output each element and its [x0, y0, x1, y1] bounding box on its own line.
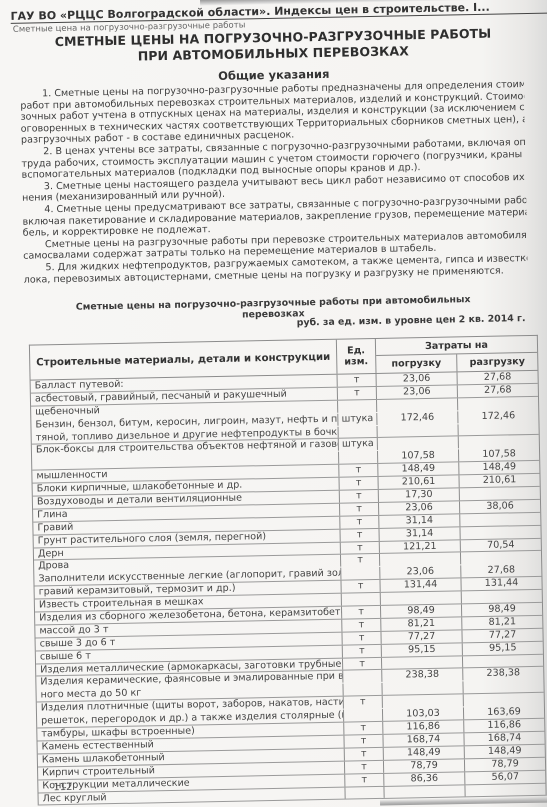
general-instructions-text: 1. Сметные цены на погрузочно-разгрузочн…: [20, 79, 528, 286]
row-loading-cost: 168,74: [383, 733, 464, 746]
row-loading-cost: [383, 695, 464, 708]
row-loading-cost: 86,36: [384, 772, 465, 785]
row-unit: т: [338, 374, 377, 387]
row-unit: т: [345, 761, 384, 774]
row-unloading-cost: 148,49: [465, 745, 545, 758]
row-unloading-cost: 27,68: [458, 384, 538, 397]
page-number: 112: [53, 782, 72, 793]
row-unloading-cost: 172,46: [458, 410, 538, 423]
row-loading-cost: [384, 785, 465, 798]
row-loading-cost: 77,27: [381, 630, 462, 643]
row-unloading-cost: [460, 487, 540, 500]
row-loading-cost: 131,44: [380, 579, 461, 592]
row-loading-cost: [378, 424, 459, 437]
row-unit: т: [341, 580, 380, 593]
row-unit: [343, 670, 382, 683]
row-unit: т: [344, 696, 383, 709]
column-header-unit-line-1: Ед.: [347, 345, 365, 356]
row-loading-cost: [382, 656, 463, 669]
row-loading-cost: [381, 591, 462, 604]
row-loading-cost: [382, 682, 463, 695]
row-unloading-cost: [460, 526, 540, 539]
row-loading-cost: 23,06: [377, 385, 458, 398]
row-unit: т: [342, 606, 381, 619]
row-unit: [338, 400, 377, 413]
row-loading-cost: 238,38: [382, 669, 463, 682]
row-unloading-cost: [463, 680, 543, 693]
column-header-unit-line-2: изм.: [344, 356, 368, 367]
row-loading-cost: 148,49: [378, 463, 459, 476]
row-loading-cost: 148,49: [384, 746, 465, 759]
row-loading-cost: 107,58: [378, 450, 459, 463]
column-header-loading: погрузку: [376, 354, 457, 373]
publisher-header: ГАУ ВО «РЦЦС Волгоградской области». Инд…: [10, 0, 547, 24]
row-unit: т: [344, 722, 383, 735]
row-loading-cost: 31,14: [379, 527, 460, 540]
row-unloading-cost: 78,79: [465, 758, 545, 771]
row-unit: т: [340, 516, 379, 529]
row-unloading-cost: 116,86: [464, 719, 544, 732]
row-unit: [339, 451, 378, 464]
row-unloading-cost: 168,74: [464, 732, 544, 745]
row-loading-cost: [377, 398, 458, 411]
row-unloading-cost: 56,07: [465, 770, 545, 783]
row-unit: [343, 683, 382, 696]
row-unit: штука: [339, 438, 378, 451]
row-unloading-cost: 38,06: [460, 500, 540, 513]
row-unit: т: [340, 503, 379, 516]
column-header-name: Строительные материалы, детали и констру…: [30, 340, 338, 380]
row-unit: т: [338, 387, 377, 400]
row-unit: т: [345, 748, 384, 761]
row-loading-cost: 23,06: [377, 372, 458, 385]
column-header-unit: Ед. изм.: [337, 339, 377, 374]
row-unloading-cost: 98,49: [462, 603, 542, 616]
row-unloading-cost: [459, 435, 539, 448]
row-loading-cost: 95,15: [382, 643, 463, 656]
row-unloading-cost: [463, 654, 543, 667]
row-unit: т: [341, 554, 380, 567]
row-unit: т: [340, 529, 379, 542]
row-unloading-cost: 131,44: [461, 577, 541, 590]
row-loading-cost: 210,61: [378, 476, 459, 489]
row-loading-cost: 98,49: [381, 604, 462, 617]
row-unloading-cost: [465, 783, 545, 796]
scanned-page: ГАУ ВО «РЦЦС Волгоградской области». Инд…: [0, 0, 547, 807]
column-header-unloading: разгрузку: [457, 353, 537, 372]
row-unloading-cost: 95,15: [463, 642, 543, 655]
row-loading-cost: 121,21: [380, 540, 461, 553]
row-unit: т: [341, 541, 380, 554]
row-unloading-cost: 70,54: [461, 538, 541, 551]
row-loading-cost: 172,46: [377, 411, 458, 424]
row-unloading-cost: [461, 551, 541, 564]
row-unit: [339, 426, 378, 439]
price-table: Строительные материалы, детали и констру…: [29, 335, 547, 806]
row-unloading-cost: [462, 590, 542, 603]
row-loading-cost: 31,14: [379, 514, 460, 527]
row-unloading-cost: 238,38: [463, 667, 543, 680]
table-body: Балласт путевой:т23,0627,68асбестовый, г…: [31, 371, 546, 806]
row-unit: т: [339, 464, 378, 477]
row-unloading-cost: [458, 397, 538, 410]
row-unloading-cost: 210,61: [459, 474, 539, 487]
row-unloading-cost: 107,58: [459, 448, 539, 461]
row-unloading-cost: 27,68: [461, 564, 541, 577]
row-unit: т: [342, 619, 381, 632]
row-unit: т: [340, 477, 379, 490]
row-unloading-cost: 27,68: [458, 371, 538, 384]
row-unit: т: [344, 735, 383, 748]
row-loading-cost: [380, 553, 461, 566]
row-unloading-cost: 163,69: [464, 706, 544, 719]
row-loading-cost: 116,86: [383, 720, 464, 733]
row-unloading-cost: 148,49: [459, 461, 539, 474]
row-unit: т: [342, 632, 381, 645]
column-header-costs-group: Затраты на погрузку разгрузку: [376, 336, 538, 373]
row-loading-cost: 17,30: [379, 488, 460, 501]
row-unloading-cost: [464, 693, 544, 706]
row-unit: [344, 709, 383, 722]
row-unloading-cost: [460, 513, 540, 526]
row-unloading-cost: 77,27: [462, 629, 542, 642]
row-loading-cost: 78,79: [384, 759, 465, 772]
row-unloading-cost: 81,21: [462, 616, 542, 629]
row-unloading-cost: [458, 422, 538, 435]
row-unit: т: [343, 657, 382, 670]
row-loading-cost: 23,06: [380, 566, 461, 579]
row-unit: [342, 593, 381, 606]
row-unit: т: [343, 645, 382, 658]
row-loading-cost: 81,21: [381, 617, 462, 630]
row-unit: [345, 786, 384, 799]
row-unit: т: [340, 490, 379, 503]
row-loading-cost: 103,03: [383, 707, 464, 720]
page-content: ГАУ ВО «РЦЦС Волгоградской области». Инд…: [0, 0, 547, 807]
row-loading-cost: 23,06: [379, 501, 460, 514]
row-loading-cost: [378, 437, 459, 450]
row-unit: т: [345, 773, 384, 786]
row-unit: штука: [338, 413, 377, 426]
column-header-costs-sub: погрузку разгрузку: [376, 353, 537, 373]
row-unit: [341, 567, 380, 580]
